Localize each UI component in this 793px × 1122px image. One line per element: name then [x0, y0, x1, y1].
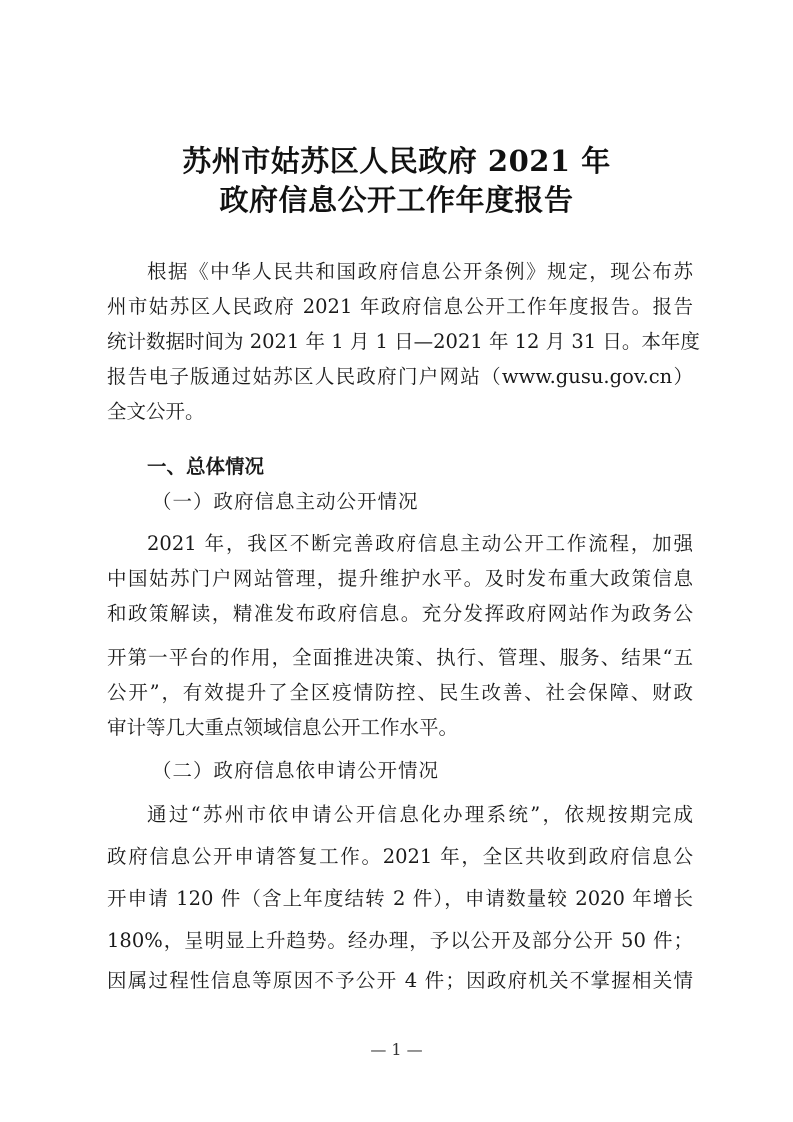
intro-line-4: 报告电子版通过姑苏区人民政府门户网站（www.gusu.gov.cn）: [107, 362, 693, 392]
sub1-line-4: 开第一平台的作用，全面推进决策、执行、管理、服务、结果“五: [107, 643, 693, 673]
subsection-heading-active-disclosure: （一）政府信息主动公开情况: [152, 487, 419, 517]
sub2-line-3: 开申请 120 件（含上年度结转 2 件），申请数量较 2020 年增长: [107, 884, 693, 914]
document-title-line-1: 苏州市姑苏区人民政府 2021 年: [0, 141, 793, 181]
sub1-line-6: 审计等几大重点领域信息公开工作水平。: [107, 713, 693, 743]
sub2-line-2: 政府信息公开申请答复工作。2021 年，全区共收到政府信息公: [107, 842, 693, 872]
sub2-line-1: 通过“苏州市依申请公开信息化办理系统”，依规按期完成: [147, 800, 693, 830]
sub1-line-1: 2021 年，我区不断完善政府信息主动公开工作流程，加强: [147, 529, 693, 559]
intro-line-1: 根据《中华人民共和国政府信息公开条例》规定，现公布苏: [147, 257, 693, 287]
subsection-heading-request-disclosure: （二）政府信息依申请公开情况: [152, 756, 439, 786]
sub2-line-5: 因属过程性信息等原因不予公开 4 件；因政府机关不掌握相关情: [107, 966, 693, 996]
document-title-line-2: 政府信息公开工作年度报告: [0, 180, 793, 220]
sub1-line-2: 中国姑苏门户网站管理，提升维护水平。及时发布重大政策信息: [107, 564, 693, 594]
page-number: — 1 —: [0, 1040, 793, 1059]
sub1-line-5: 公开”，有效提升了全区疫情防控、民生改善、社会保障、财政: [107, 678, 693, 708]
intro-line-5: 全文公开。: [107, 397, 693, 427]
document-page: 苏州市姑苏区人民政府 2021 年 政府信息公开工作年度报告 根据《中华人民共和…: [0, 0, 793, 1122]
sub2-line-4: 180%，呈明显上升趋势。经办理，予以公开及部分公开 50 件；: [107, 926, 693, 956]
intro-line-2: 州市姑苏区人民政府 2021 年政府信息公开工作年度报告。报告: [107, 292, 693, 322]
intro-line-3: 统计数据时间为 2021 年 1 月 1 日—2021 年 12 月 31 日。…: [107, 327, 693, 357]
sub1-line-3: 和政策解读，精准发布政府信息。充分发挥政府网站作为政务公: [107, 599, 693, 629]
section-heading-overview: 一、总体情况: [147, 452, 693, 482]
